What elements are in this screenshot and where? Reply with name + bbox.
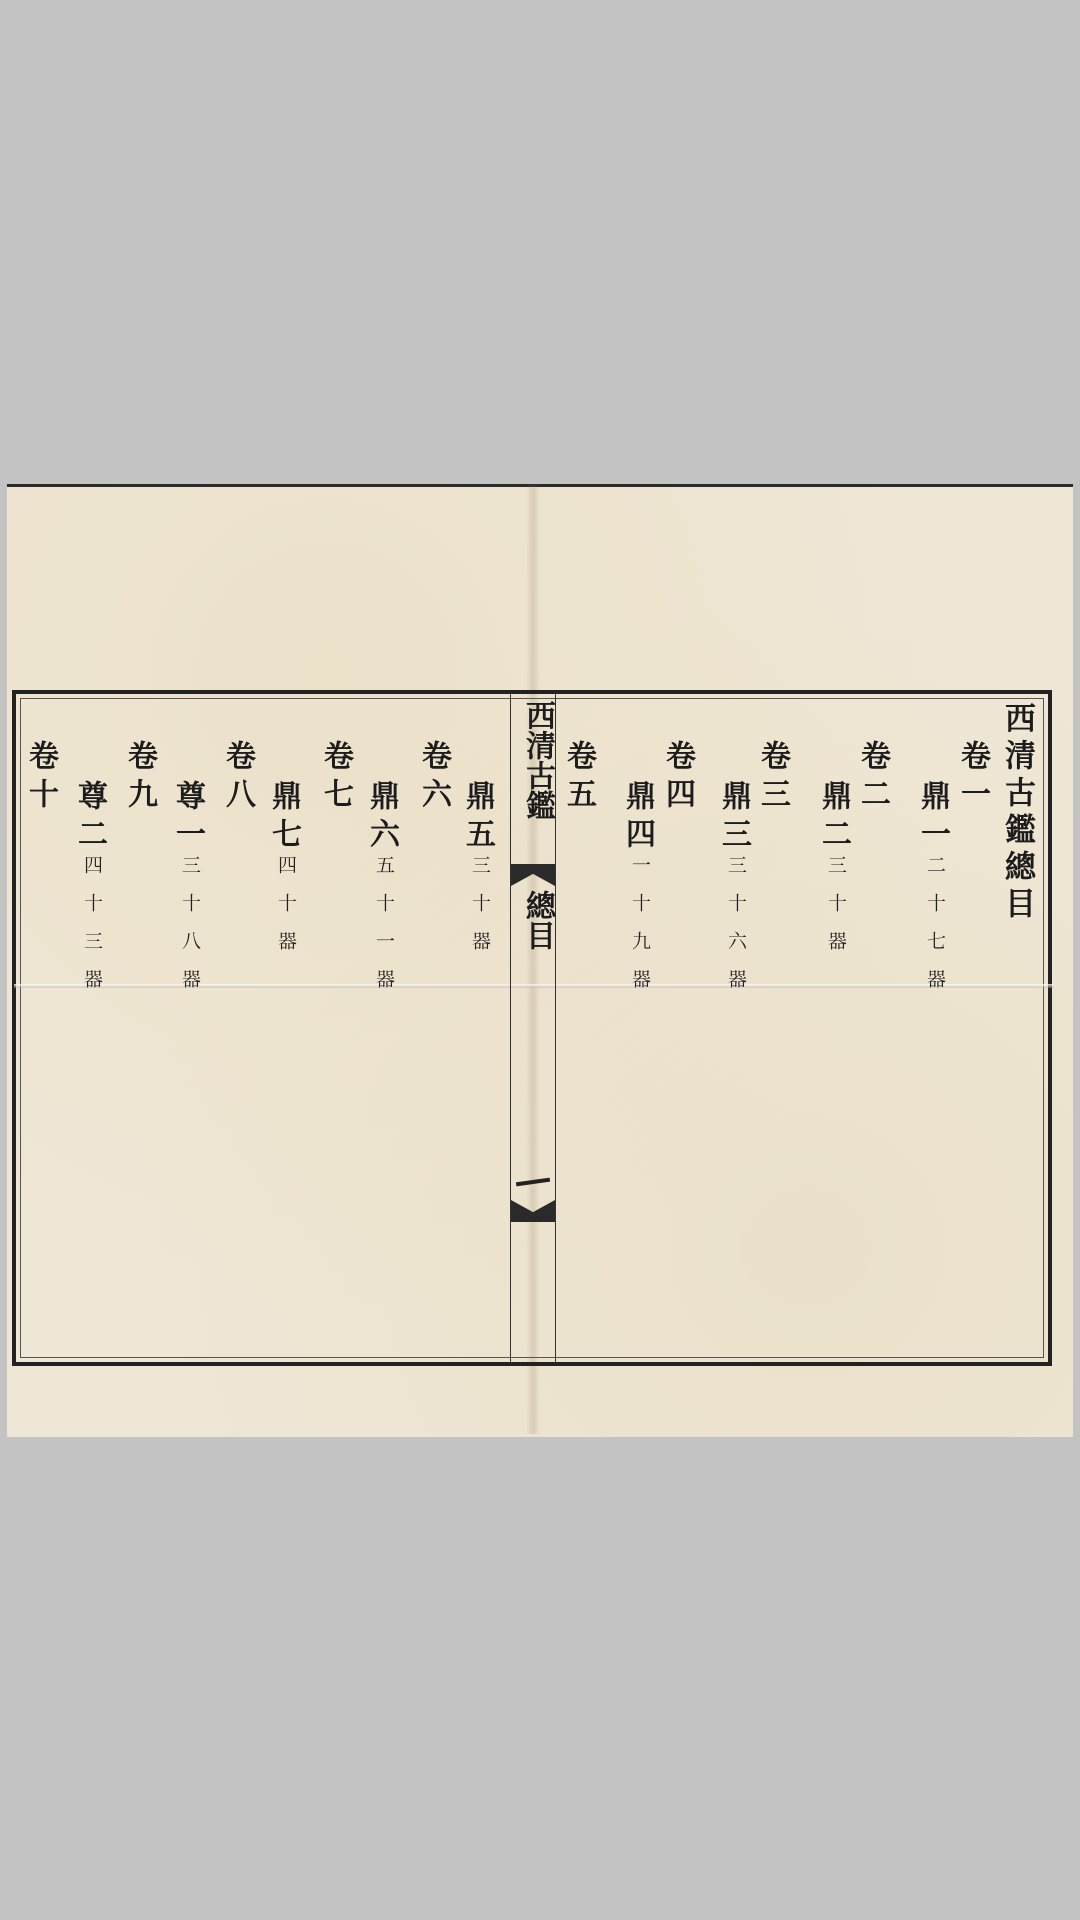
vessel-count: 三十六器 [726, 855, 745, 1007]
page-title: 西清古鑑總目 [1002, 702, 1032, 924]
center-section-label: 總目 [510, 890, 556, 950]
vessel-label: 尊二 [74, 780, 104, 856]
vessel-count: 五十一器 [374, 855, 393, 1007]
vessel-label: 鼎六 [366, 780, 396, 856]
vessel-count: 二十七器 [925, 855, 944, 1007]
volume-label: 卷三 [757, 740, 787, 816]
center-book-title: 西清古鑑 [510, 700, 556, 820]
vessel-label: 尊一 [172, 780, 202, 856]
vessel-label: 鼎五 [462, 780, 492, 856]
volume-label: 卷九 [124, 740, 154, 816]
volume-label: 卷五 [563, 740, 593, 816]
volume-label: 卷四 [662, 740, 692, 816]
vessel-count: 三十八器 [180, 855, 199, 1007]
vessel-label: 鼎三 [718, 780, 748, 856]
volume-label: 卷六 [418, 740, 448, 816]
volume-label: 卷七 [320, 740, 350, 816]
volume-label: 卷八 [222, 740, 252, 816]
vessel-count: 三十器 [470, 855, 489, 969]
volume-label: 卷二 [857, 740, 887, 816]
vessel-label: 鼎一 [917, 780, 947, 856]
volume-label: 卷十 [25, 740, 55, 816]
vessel-label: 鼎四 [622, 780, 652, 856]
vessel-label: 鼎二 [818, 780, 848, 856]
vessel-count: 一十九器 [630, 855, 649, 1007]
volume-label: 卷一 [957, 740, 987, 816]
vessel-count: 三十器 [826, 855, 845, 969]
vessel-count: 四十器 [276, 855, 295, 969]
vessel-count: 四十三器 [82, 855, 101, 1007]
vessel-label: 鼎七 [268, 780, 298, 856]
